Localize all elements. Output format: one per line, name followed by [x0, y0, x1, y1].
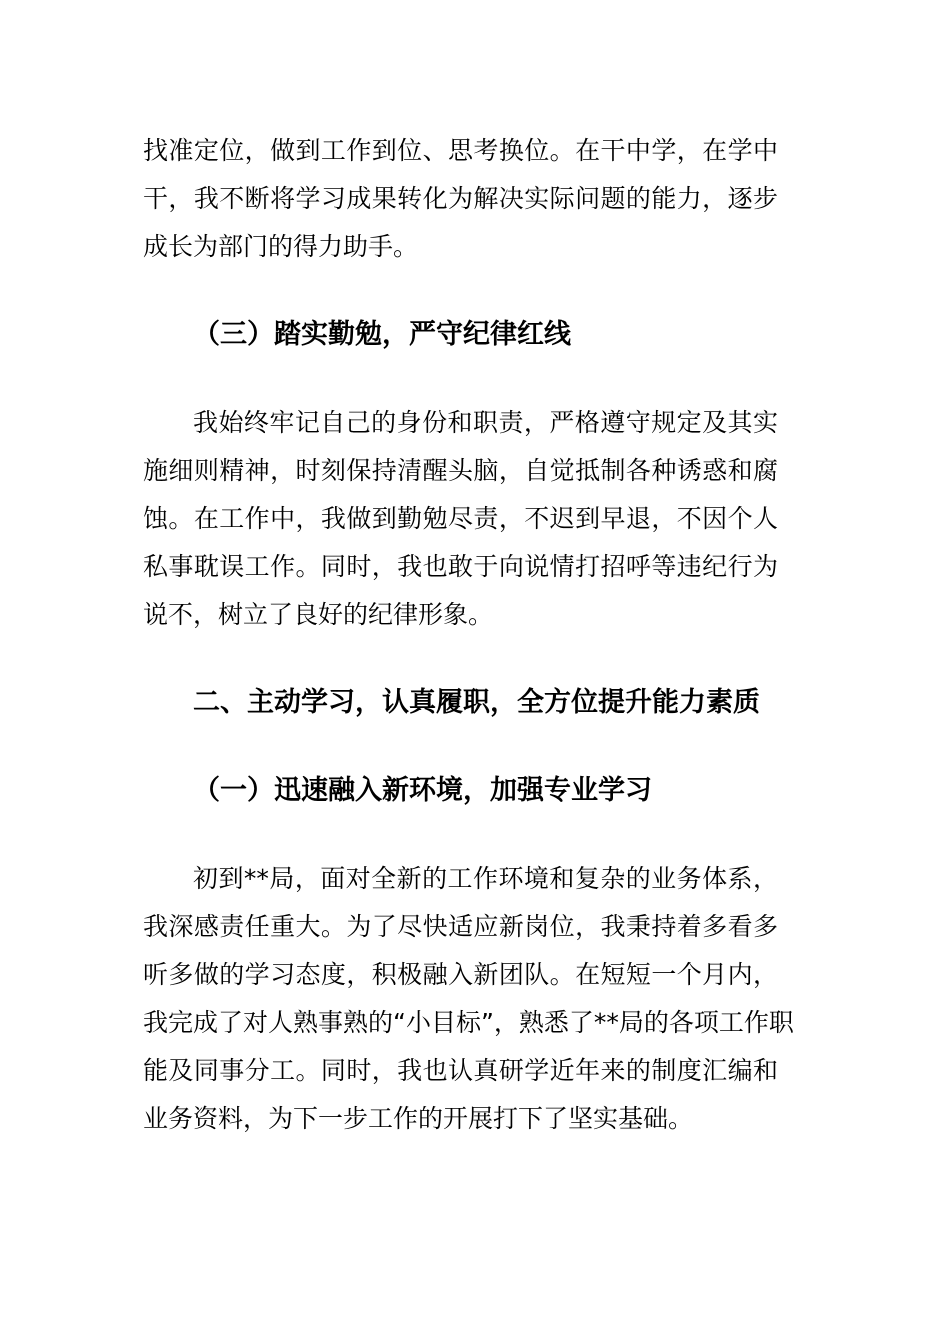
text-line: 能及同事分工。同时，我也认真研学近年来的制度汇编和	[143, 1047, 778, 1095]
text-line: 听多做的学习态度，积极融入新团队。在短短一个月内，	[143, 951, 778, 999]
text-line: 私事耽误工作。同时，我也敢于向说情打招呼等违纪行为	[143, 543, 778, 591]
text-line: 成长为部门的得力助手。	[143, 223, 778, 271]
body-paragraph: 找准定位，做到工作到位、思考换位。在干中学，在学中 干，我不断将学习成果转化为解…	[143, 127, 778, 271]
text-line: 干，我不断将学习成果转化为解决实际问题的能力，逐步	[143, 175, 778, 223]
text-line: 我始终牢记自己的身份和职责，严格遵守规定及其实	[143, 399, 778, 447]
document-page: 找准定位，做到工作到位、思考换位。在干中学，在学中 干，我不断将学习成果转化为解…	[0, 0, 950, 1344]
text-line: 找准定位，做到工作到位、思考换位。在干中学，在学中	[143, 127, 778, 175]
text-line: 我深感责任重大。为了尽快适应新岗位，我秉持着多看多	[143, 903, 778, 951]
text-line: 我完成了对人熟事熟的“小目标”，熟悉了**局的各项工作职	[143, 999, 778, 1047]
text-line: 初到**局，面对全新的工作环境和复杂的业务体系，	[143, 855, 778, 903]
section-heading: （一）迅速融入新环境，加强专业学习	[143, 767, 778, 815]
section-heading: （三）踏实勤勉，严守纪律红线	[143, 311, 778, 359]
chapter-heading: 二、主动学习，认真履职，全方位提升能力素质	[143, 679, 778, 727]
text-line: 蚀。在工作中，我做到勤勉尽责，不迟到早退，不因个人	[143, 495, 778, 543]
body-paragraph: 初到**局，面对全新的工作环境和复杂的业务体系， 我深感责任重大。为了尽快适应新…	[143, 855, 778, 1143]
text-line: 业务资料，为下一步工作的开展打下了坚实基础。	[143, 1095, 778, 1143]
body-paragraph: 我始终牢记自己的身份和职责，严格遵守规定及其实 施细则精神，时刻保持清醒头脑，自…	[143, 399, 778, 639]
text-line: 施细则精神，时刻保持清醒头脑，自觉抵制各种诱惑和腐	[143, 447, 778, 495]
text-line: 说不，树立了良好的纪律形象。	[143, 591, 778, 639]
